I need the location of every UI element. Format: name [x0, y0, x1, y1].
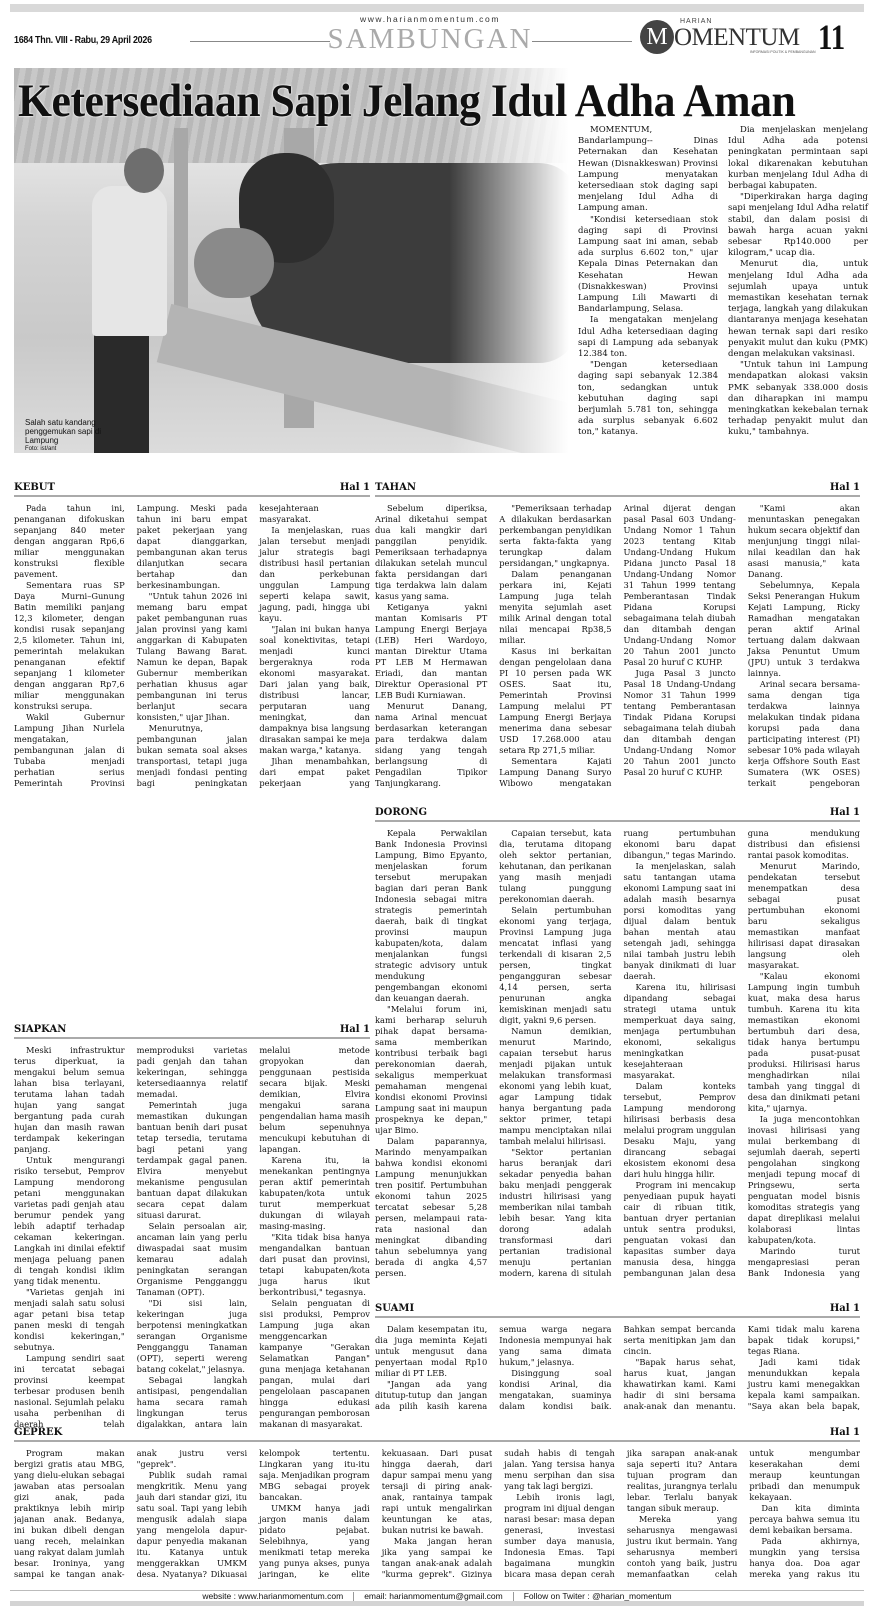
paragraph: Dalam paparannya, Marindo menyampaikan b…: [375, 1136, 487, 1279]
section-kebut: KEBUTHal 1 Pada tahun ini, penanganan di…: [14, 482, 370, 793]
paragraph: Capaian tersebut, kata dia, terutama dit…: [499, 828, 611, 905]
footer-website[interactable]: website : www.harianmomentum.com: [202, 1591, 343, 1601]
edition-date: 1684 Thn. VIII - Rabu, 29 April 2026: [14, 34, 152, 46]
paragraph: MOMENTUM, Bandarlampung-- Dinas Peternak…: [578, 125, 718, 215]
section-title: TAHAN: [375, 482, 416, 495]
paragraph: Selain persoalan air, ancaman lain yang …: [137, 1221, 248, 1298]
section-tahan: TAHANHal 1 Sebelum diperiksa, Arinal dik…: [375, 482, 860, 793]
paragraph: Menurut Marindo, pendekatan tersebut men…: [748, 861, 860, 971]
section-body: Meski infrastruktur terus diperkuat, ia …: [14, 1045, 370, 1439]
feature-headline: Ketersediaan Sapi Jelang Idul Adha Aman: [18, 74, 795, 128]
section-body: Kepala Perwakilan Bank Indonesia Provins…: [375, 828, 860, 1285]
paragraph: Dalam penanganan perkara ini, Kejati Lam…: [499, 569, 611, 646]
section-body: Program makan bergizi gratis atau MBG, y…: [14, 1448, 860, 1584]
footer-email[interactable]: email: harianmomentum@gmail.com: [364, 1591, 503, 1601]
masthead: 1684 Thn. VIII - Rabu, 29 April 2026 www…: [0, 12, 874, 60]
paragraph: "Kondisi ketersediaan stok daging sapi d…: [578, 215, 718, 316]
section-body: Sebelum diperiksa, Arinal diketahui semp…: [375, 503, 860, 793]
paragraph: Untuk mengurangi risiko tersebut, Pempro…: [14, 1155, 125, 1287]
paragraph: Ketiganya yakni mantan Komisaris PT Lamp…: [375, 602, 487, 701]
paragraph: "Dengan ketersediaan daging sapi sebanya…: [578, 360, 718, 438]
paragraph: Karena itu, hilirisasi dipandang sebagai…: [624, 982, 736, 1081]
top-rule: [10, 4, 864, 12]
page-ref[interactable]: Hal 1: [340, 482, 370, 495]
page-footer: website : www.harianmomentum.com email: …: [10, 1590, 864, 1606]
feature-article: MOMENTUM, Bandarlampung-- Dinas Peternak…: [578, 125, 868, 455]
page-ref[interactable]: Hal 1: [830, 482, 860, 495]
section-title: SUAMI: [375, 1303, 414, 1316]
photo-man-head: [124, 148, 164, 193]
paragraph: Ia menjelaskan, ruas jalan tersebut menj…: [259, 525, 370, 624]
logo-tagline: INFORMASI POLITIK & PEMBANGUNAN: [750, 50, 816, 54]
section-body: Pada tahun ini, penanganan difokuskan se…: [14, 503, 370, 793]
paragraph: "Untuk tahun ini Lampung mendapatkan alo…: [728, 360, 868, 438]
section-suami: SUAMIHal 1 Dalam kesempatan itu, dia jug…: [375, 1303, 860, 1416]
paragraph: Dalam konteks tersebut, Pemprov Lampung …: [624, 1081, 736, 1180]
paragraph: Kasus ini berkaitan dengan pengelolaan d…: [499, 646, 611, 756]
momentum-logo: M HARIAN OMENTUM INFORMASI POLITIK & PEM…: [640, 20, 840, 54]
paragraph: Selain penguatan di sisi produksi, Pempr…: [259, 1298, 370, 1430]
photo-post: [174, 128, 188, 328]
section-siapkan: SIAPKANHal 1 Meski infrastruktur terus d…: [14, 1024, 370, 1439]
paragraph: Sebelumnya, Kepala Seksi Penerangan Huku…: [748, 580, 860, 679]
page-ref[interactable]: Hal 1: [830, 1303, 860, 1316]
paragraph: Ia mengatakan menjelang Idul Adha keters…: [578, 315, 718, 360]
paragraph: Sementara ruas SP Daya Murni–Gunung Bati…: [14, 580, 125, 712]
paragraph: Kepala Perwakilan Bank Indonesia Provins…: [375, 828, 487, 1004]
divider: [513, 1592, 514, 1601]
paragraph: Pemerintah juga memastikan dukungan bant…: [137, 1100, 248, 1221]
paragraph: Selain pertumbuhan ekonomi yang terjaga,…: [499, 905, 611, 1026]
paragraph: Dia menjelaskan menjelang Idul Adha ada …: [728, 125, 868, 192]
paragraph: "Melalui forum ini, kami berharap seluru…: [375, 1004, 487, 1136]
photo-credit: Foto: ist/ant: [25, 446, 56, 452]
paragraph: Ia juga mencontohkan inovasi hilirisasi …: [748, 1114, 860, 1246]
paragraph: Menurut Danang, nama Arinal mencuat berd…: [375, 701, 487, 789]
photo-caption: Salah satu kandang penggemukan sapi di L…: [25, 418, 115, 445]
paragraph: "Pemeriksaan terhadap A dilakukan berdas…: [499, 503, 611, 569]
section-dorong: DORONGHal 1 Kepala Perwakilan Bank Indon…: [375, 807, 860, 1285]
paragraph: "Kami akan menuntaskan penegakan hukum s…: [748, 503, 860, 580]
section-title: KEBUT: [14, 482, 55, 495]
paragraph: "Kita tidak bisa hanya mengandalkan bant…: [259, 1232, 370, 1298]
paragraph: Namun demikian, menurut Marindo, capaian…: [499, 1026, 611, 1147]
divider: [353, 1592, 354, 1601]
paragraph: "Kalau ekonomi Lampung ingin tumbuh kuat…: [748, 971, 860, 1114]
section-body: Dalam kesempatan itu, dia juga meminta K…: [375, 1324, 860, 1416]
photo-cow-second: [194, 228, 274, 298]
paragraph: Menurut dia, untuk menjelang Idul Adha a…: [728, 259, 868, 360]
logo-name: OMENTUM: [674, 24, 800, 52]
paragraph: Dalam kesempatan itu, dia juga meminta K…: [375, 1324, 487, 1379]
paragraph: Karena itu, ia menekankan pentingnya per…: [259, 1155, 370, 1232]
section-geprek: GEPREKHal 1 Program makan bergizi gratis…: [14, 1427, 860, 1584]
paragraph: Sebelum diperiksa, Arinal diketahui semp…: [375, 503, 487, 602]
paragraph: Ia menjelaskan, salah satu tantangan uta…: [624, 861, 736, 982]
page-number: 11: [818, 16, 845, 58]
paragraph: Meski infrastruktur terus diperkuat, ia …: [14, 1045, 125, 1155]
paragraph: Juga Pasal 3 juncto Pasal 18 Undang-Unda…: [624, 668, 736, 778]
paragraph: "Jalan ini bukan hanya soal konektivitas…: [259, 624, 370, 756]
section-title: SAMBUNGAN: [300, 23, 560, 56]
logo-m-icon: M: [640, 20, 674, 54]
section-title: GEPREK: [14, 1427, 62, 1440]
paragraph: "Diperkirakan harga daging sapi menjelan…: [728, 192, 868, 259]
paragraph: "Di sisi lain, kekeringan juga berpotens…: [137, 1298, 248, 1375]
photo-man-shirt: [92, 186, 167, 336]
section-title: SIAPKAN: [14, 1024, 66, 1037]
paragraph: Pada tahun ini, penanganan difokuskan se…: [14, 503, 125, 580]
footer-twitter[interactable]: Follow on Twiter : @harian_momentum: [524, 1591, 672, 1601]
paragraph: Dan kita diminta percaya bahwa semua itu…: [749, 1503, 860, 1536]
paragraph: "Varietas genjah ini menjadi salah satu …: [14, 1287, 125, 1353]
page-ref[interactable]: Hal 1: [830, 1427, 860, 1440]
page-ref[interactable]: Hal 1: [830, 807, 860, 820]
section-title: DORONG: [375, 807, 427, 820]
page-ref[interactable]: Hal 1: [340, 1024, 370, 1037]
paragraph: "Untuk tahun 2026 ini memang baru empat …: [137, 591, 248, 723]
